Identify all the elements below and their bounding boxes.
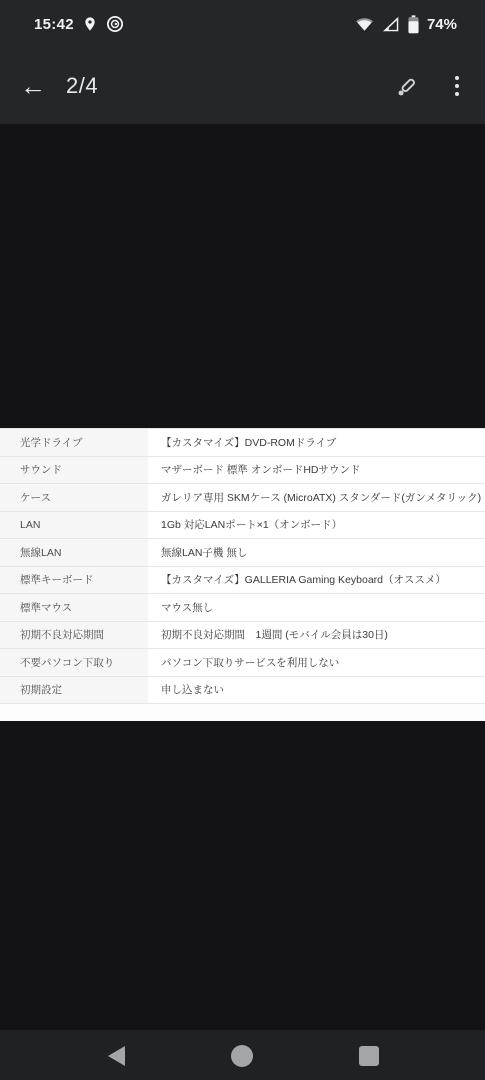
spec-label: 初期設定 — [0, 677, 148, 704]
spec-label: 無線LAN — [0, 539, 148, 566]
table-row: 初期設定 申し込まない — [0, 677, 485, 705]
nav-recents-icon[interactable] — [359, 1046, 379, 1066]
spec-label: ケース — [0, 484, 148, 511]
spec-value: 無線LAN子機 無し — [148, 539, 485, 566]
spec-table: 光学ドライブ 【カスタマイズ】DVD-ROMドライブ サウンド マザーボード 標… — [0, 428, 485, 704]
battery-icon — [408, 15, 419, 34]
spec-value: 1Gb 対応LANポート×1（オンボード） — [148, 512, 485, 539]
status-bar: 15:42 74% — [0, 0, 485, 48]
spec-label: 初期不良対応期間 — [0, 622, 148, 649]
spec-value: マザーボード 標準 オンボードHDサウンド — [148, 457, 485, 484]
back-arrow-icon[interactable]: ← — [20, 73, 54, 99]
clock: 15:42 — [34, 16, 74, 33]
table-row: 標準キーボード 【カスタマイズ】GALLERIA Gaming Keyboard… — [0, 567, 485, 595]
location-pin-icon — [82, 15, 98, 33]
table-row: ケース ガレリア専用 SKMケース (MicroATX) スタンダード(ガンメタ… — [0, 484, 485, 512]
more-vert-icon[interactable] — [449, 72, 466, 101]
spec-label: LAN — [0, 512, 148, 539]
spec-label: 標準マウス — [0, 594, 148, 621]
nav-home-icon[interactable] — [231, 1045, 253, 1067]
table-row: サウンド マザーボード 標準 オンボードHDサウンド — [0, 457, 485, 485]
table-row: 標準マウス マウス無し — [0, 594, 485, 622]
nav-back-icon[interactable] — [108, 1046, 125, 1066]
spec-label: サウンド — [0, 457, 148, 484]
spec-label: 標準キーボード — [0, 567, 148, 594]
table-row: 不要パソコン下取り パソコン下取りサービスを利用しない — [0, 649, 485, 677]
spec-label: 光学ドライブ — [0, 429, 148, 456]
wifi-icon — [355, 16, 374, 32]
spec-value: ガレリア専用 SKMケース (MicroATX) スタンダード(ガンメタリック) — [148, 484, 485, 511]
page-counter: 2/4 — [66, 73, 98, 99]
table-row: 無線LAN 無線LAN子機 無し — [0, 539, 485, 567]
android-nav-bar — [0, 1030, 485, 1080]
spec-value: 【カスタマイズ】DVD-ROMドライブ — [148, 429, 485, 456]
photo-image[interactable]: 光学ドライブ 【カスタマイズ】DVD-ROMドライブ サウンド マザーボード 標… — [0, 428, 485, 721]
spec-value: 申し込まない — [148, 677, 485, 704]
spec-label: 不要パソコン下取り — [0, 649, 148, 676]
app-header: ← 2/4 — [0, 48, 485, 124]
spec-value: 初期不良対応期間 1週間 (モバイル会員は30日) — [148, 622, 485, 649]
spec-value: パソコン下取りサービスを利用しない — [148, 649, 485, 676]
table-row: 初期不良対応期間 初期不良対応期間 1週間 (モバイル会員は30日) — [0, 622, 485, 650]
cellular-signal-icon — [382, 16, 400, 32]
battery-percent: 74% — [427, 16, 457, 33]
edit-brush-icon[interactable] — [395, 73, 421, 99]
spec-value: 【カスタマイズ】GALLERIA Gaming Keyboard（オススメ） — [148, 567, 485, 594]
table-row: LAN 1Gb 対応LANポート×1（オンボード） — [0, 512, 485, 540]
table-row: 光学ドライブ 【カスタマイズ】DVD-ROMドライブ — [0, 429, 485, 457]
spec-value: マウス無し — [148, 594, 485, 621]
record-circle-icon — [106, 15, 124, 33]
